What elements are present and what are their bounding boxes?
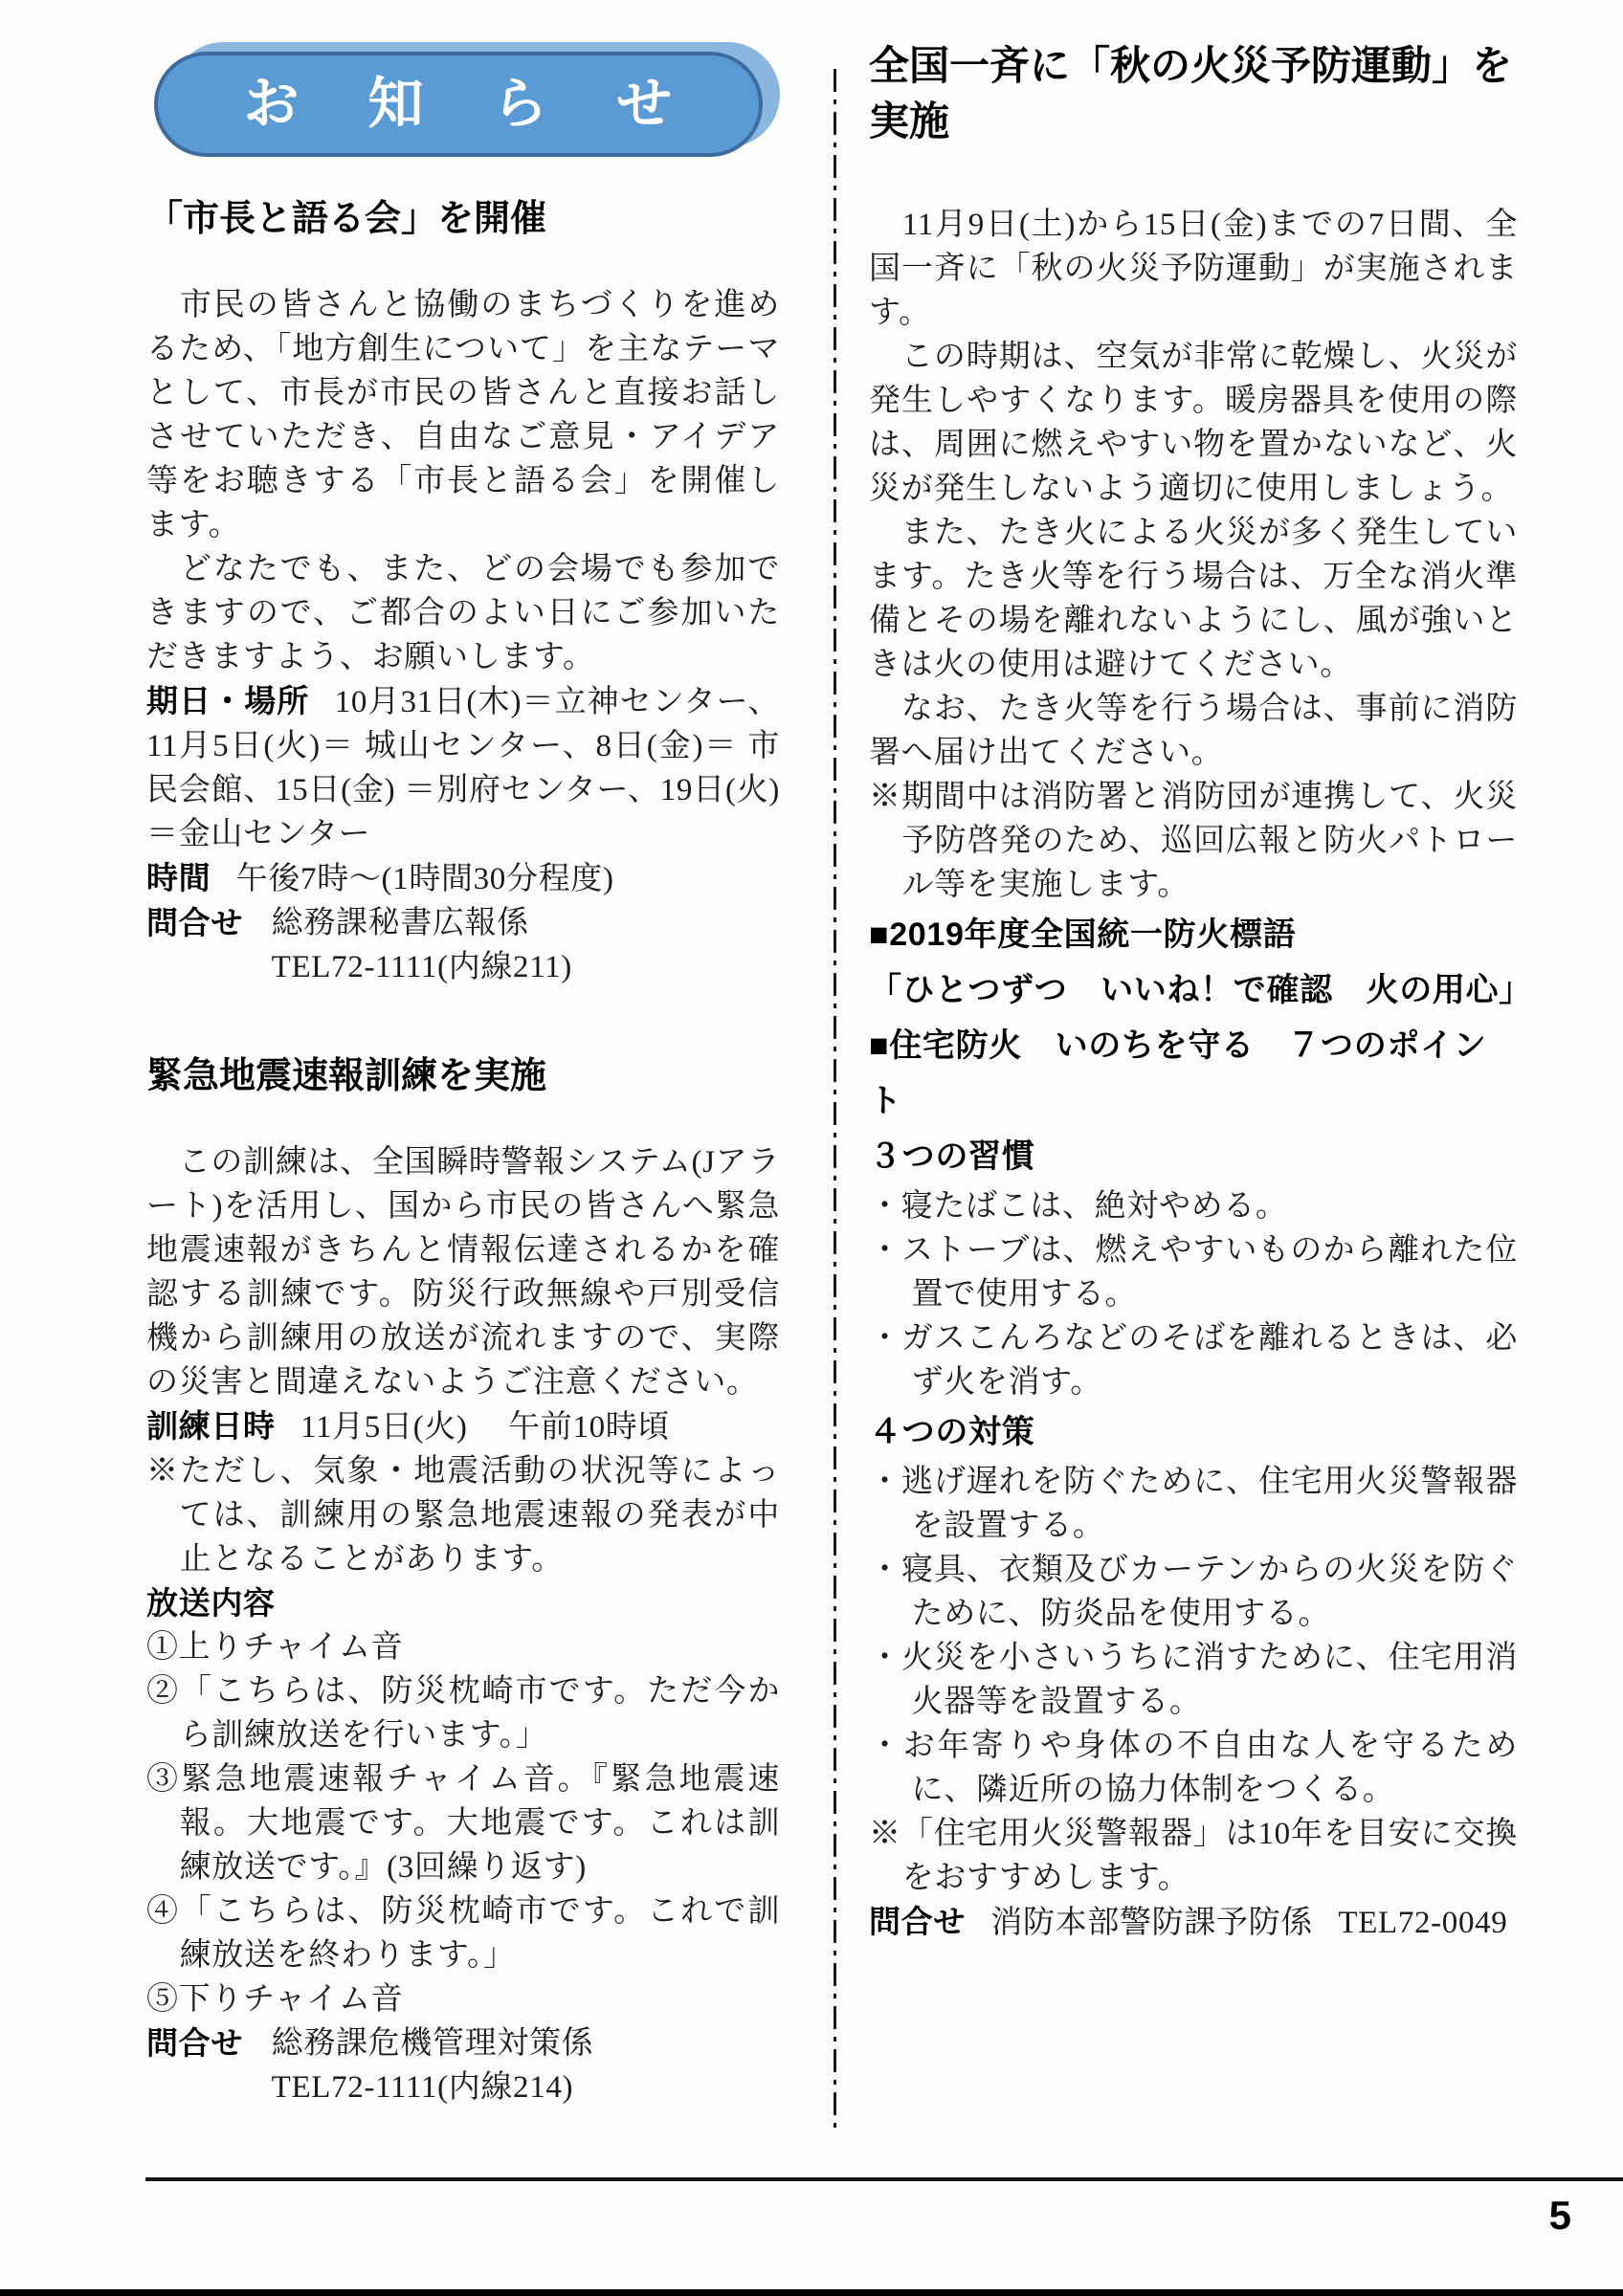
contact-value-1: 総務課秘書広報係 TEL72-1111(内線211) [272,901,780,989]
banner-pill: お 知 ら せ [154,52,763,157]
contact-label-1: 問合せ [146,901,243,945]
time-line: 時間午後7時〜(1時間30分程度) [146,856,780,901]
contact-block-3: 問合せ消防本部警防課予防係TEL72-0049 [869,1900,1518,1945]
contact-tel-1: TEL72-1111(内線211) [272,950,572,984]
habit-item: ・ストーブは、燃えやすいものから離れた位置で使用する。 [869,1228,1518,1316]
left-column: お 知 ら せ 「市長と語る会」を開催 市民の皆さんと協働のまちづくりを進めるた… [146,48,780,2109]
broadcast-list: ①上りチャイム音②「こちらは、防災枕崎市です。ただ今から訓練放送を行います。」③… [146,1625,780,2021]
time-value: 午後7時〜(1時間30分程度) [236,862,614,896]
measures-list: ・逃げ遅れを防ぐために、住宅用火災警報器を設置する。・寝具、衣類及びカーテンから… [869,1460,1518,1812]
schedule-line: 期日・場所10月31日(木)＝立神センター、11月5日(火)＝ 城山センター、8… [146,679,780,856]
bullet-icon: ・ [869,1233,901,1268]
time-label: 時間 [146,860,211,895]
fire-patrol-note: ※期間中は消防署と消防団が連携して、火災予防啓発のため、巡回広報と防火パトロール… [869,775,1518,907]
broadcast-item: ⑤下りチャイム音 [146,1977,780,2021]
section-heading-earthquake-drill: 緊急地震速報訓練を実施 [146,1052,780,1100]
broadcast-item: ④「こちらは、防災枕崎市です。これで訓練放送を終わります。」 [146,1889,780,1977]
right-column: 全国一斉に「秋の火災予防運動」を実施 11月9日(土)から15日(金)までの7日… [869,38,1518,1945]
contact-block-1: 問合せ 総務課秘書広報係 TEL72-1111(内線211) [146,901,780,989]
fire-paragraph-2: この時期は、空気が非常に乾燥し、火災が発生しやすくなります。暖房器具を使用の際は… [869,335,1518,511]
contact-tel-3: TEL72-0049 [1338,1906,1507,1940]
alarm-replacement-note: ※「住宅用火災警報器」は10年を目安に交換をおすすめします。 [869,1812,1518,1900]
broadcast-item: ①上りチャイム音 [146,1625,780,1669]
bullet-icon: ・ [869,1321,901,1356]
bullet-icon: ・ [869,1553,901,1587]
bullet-icon: ・ [869,1729,903,1763]
schedule-label: 期日・場所 [146,683,309,718]
contact-office-3: 消防本部警防課予防係 [990,1906,1313,1940]
drill-datetime-line: 訓練日時11月5日(火) 午前10時頃 [146,1404,780,1449]
earthquake-drill-paragraph: この訓練は、全国瞬時警報システム(Jアラート)を活用し、国から市民の皆さんへ緊急… [146,1140,780,1404]
contact-office-2: 総務課危機管理対策係 [272,2026,594,2061]
broadcast-item: ②「こちらは、防災枕崎市です。ただ今から訓練放送を行います。」 [146,1669,780,1757]
habit-item: ・ガスこんろなどのそばを離れるときは、必ず火を消す。 [869,1316,1518,1404]
mayor-meeting-paragraph-2: どなたでも、また、どの会場でも参加できますので、ご都合のよい日にご参加いただきま… [146,547,780,679]
drill-cancellation-note: ※ただし、気象・地震活動の状況等によっては、訓練用の緊急地震速報の発表が中止とな… [146,1449,780,1581]
measure-item: ・火災を小さいうちに消すために、住宅用消火器等を設置する。 [869,1636,1518,1724]
broadcast-content-label: 放送内容 [146,1581,780,1625]
bullet-icon: ・ [869,1189,901,1224]
scan-edge-strip [0,2289,1623,2296]
section-heading-fire-prevention: 全国一斉に「秋の火災予防運動」を実施 [869,38,1518,149]
measure-item: ・逃げ遅れを防ぐために、住宅用火災警報器を設置する。 [869,1460,1518,1548]
contact-office-1: 総務課秘書広報係 [272,906,529,940]
page-number: 5 [1549,2193,1571,2239]
contact-label-3: 問合せ [869,1904,966,1939]
drill-datetime-label: 訓練日時 [146,1408,276,1444]
contact-tel-2: TEL72-1111(内線214) [272,2070,574,2105]
measure-item: ・寝具、衣類及びカーテンからの火災を防ぐために、防炎品を使用する。 [869,1548,1518,1636]
seven-points-heading: ■住宅防火 いのちを守る ７つのポイント [869,1018,1518,1129]
three-habits-heading: ３つの習慣 [869,1129,1518,1184]
banner-label: お 知 ら せ [238,77,679,132]
section-heading-mayor-meeting: 「市長と語る会」を開催 [146,195,780,243]
broadcast-item: ③緊急地震速報チャイム音。『緊急地震速報。大地震です。大地震です。これは訓練放送… [146,1757,780,1889]
notice-banner: お 知 ら せ [154,52,763,157]
contact-block-2: 問合せ 総務課危機管理対策係 TEL72-1111(内線214) [146,2021,780,2109]
footer-rule [145,2177,1623,2181]
fire-paragraph-3: また、たき火による火災が多く発生しています。たき火等を行う場合は、万全な消火準備… [869,511,1518,687]
fire-paragraph-4: なお、たき火等を行う場合は、事前に消防署へ届け出てください。 [869,687,1518,775]
bullet-icon: ・ [869,1465,901,1499]
drill-datetime-value: 11月5日(火) 午前10時頃 [300,1410,670,1445]
bullet-icon: ・ [869,1641,901,1675]
column-divider [834,69,836,2133]
fire-paragraph-1: 11月9日(土)から15日(金)までの7日間、全国一斉に「秋の火災予防運動」が実… [869,203,1518,335]
slogan-text: 「ひとつずつ いいね！で確認 火の用心」 [869,962,1518,1018]
habit-item: ・寝たばこは、絶対やめる。 [869,1184,1518,1228]
mayor-meeting-paragraph-1: 市民の皆さんと協働のまちづくりを進めるため、「地方創生について」を主なテーマとし… [146,283,780,547]
four-measures-heading: ４つの対策 [869,1404,1518,1460]
contact-label-2: 問合せ [146,2021,243,2065]
measure-item: ・お年寄りや身体の不自由な人を守るために、隣近所の協力体制をつくる。 [869,1724,1518,1812]
slogan-heading: ■2019年度全国統一防火標語 [869,907,1518,962]
contact-value-2: 総務課危機管理対策係 TEL72-1111(内線214) [272,2021,780,2109]
habits-list: ・寝たばこは、絶対やめる。・ストーブは、燃えやすいものから離れた位置で使用する。… [869,1184,1518,1404]
